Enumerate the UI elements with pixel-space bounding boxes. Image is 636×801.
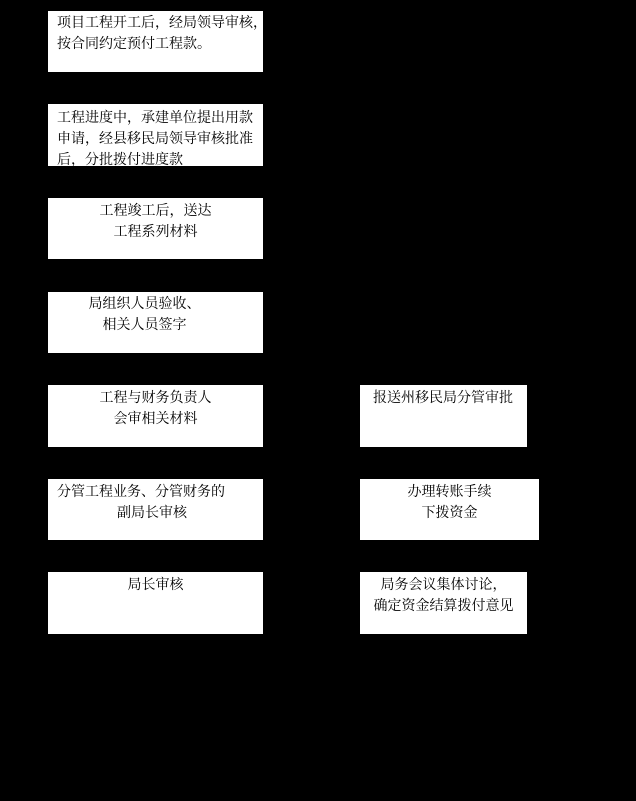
flow-box-deputy-review: 分管工程业务、分管财务的 副局长审核 <box>48 479 263 540</box>
box-text-line: 项目工程开工后，经局领导审核， <box>57 13 263 34</box>
box-text-line: 确定资金结算拨付意见 <box>360 596 527 617</box>
box-text-line: 办理转账手续 <box>360 482 539 503</box>
box-text-line: 工程与财务负责人 <box>48 388 263 409</box>
box-text-line: 工程进度中，承建单位提出用款 <box>57 108 263 129</box>
box-text-line: 局组织人员验收、 <box>48 294 241 315</box>
box-text-line: 后，分批拨付进度款 <box>57 150 263 166</box>
box-text-line: 会审相关材料 <box>48 409 263 430</box>
box-text-line: 工程系列材料 <box>48 222 263 243</box>
box-text-line: 下拨资金 <box>360 503 539 524</box>
box-text-line: 局长审核 <box>48 575 263 596</box>
flow-box-prefecture-approval: 报送州移民局分管审批 <box>360 385 527 447</box>
flow-box-director-review: 局长审核 <box>48 572 263 634</box>
flow-box-collective-discussion: 局务会议集体讨论， 确定资金结算拨付意见 <box>360 572 527 634</box>
box-text-line: 相关人员签字 <box>48 315 241 336</box>
box-text-line: 局务会议集体讨论， <box>360 575 527 596</box>
flow-box-acceptance: 局组织人员验收、 相关人员签字 <box>48 292 263 353</box>
box-text-line: 申请，经县移民局领导审核批准 <box>57 129 263 150</box>
box-text-line: 工程竣工后，送达 <box>48 201 263 222</box>
flow-box-joint-review: 工程与财务负责人 会审相关材料 <box>48 385 263 447</box>
flow-box-transfer-funds: 办理转账手续 下拨资金 <box>360 479 539 540</box>
flow-box-prepayment: 项目工程开工后，经局领导审核， 按合同约定预付工程款。 <box>48 11 263 72</box>
box-text-line: 副局长审核 <box>57 503 263 524</box>
flow-box-progress-payment: 工程进度中，承建单位提出用款 申请，经县移民局领导审核批准 后，分批拨付进度款 <box>48 104 263 166</box>
box-text-line: 按合同约定预付工程款。 <box>57 34 263 55</box>
flow-box-completion-materials: 工程竣工后，送达 工程系列材料 <box>48 198 263 259</box>
box-text-line: 报送州移民局分管审批 <box>373 388 527 409</box>
box-text-line: 分管工程业务、分管财务的 <box>57 482 263 503</box>
